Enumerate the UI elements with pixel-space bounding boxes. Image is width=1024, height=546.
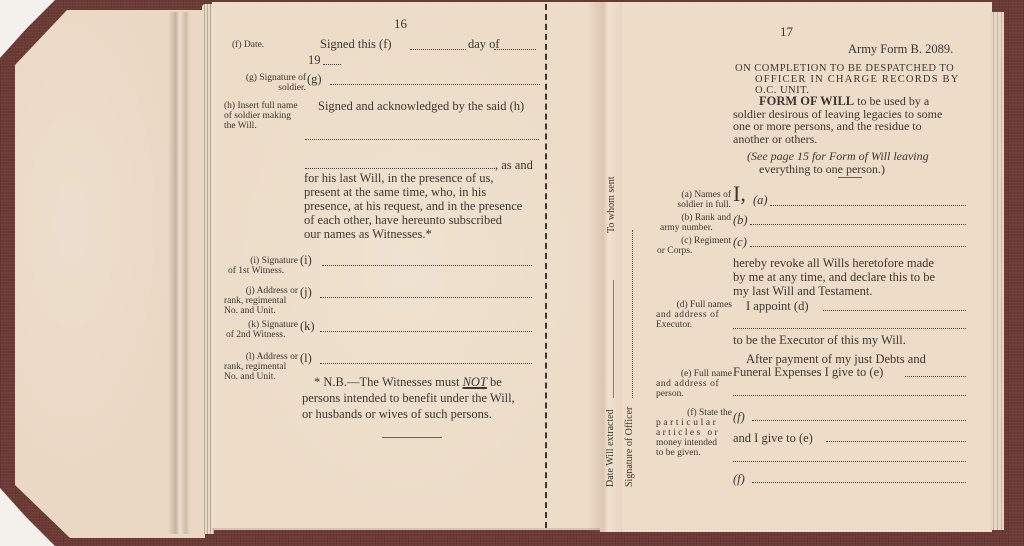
note-line: rank, regimental: [224, 362, 298, 372]
and-i-give-text: and I give to (e): [733, 431, 813, 445]
see-page-note: (See page 15 for Form of Will leaving: [733, 150, 967, 163]
margin-note-i: (i) Signature of 1st Witness.: [228, 256, 298, 276]
note-line: (b) Rank and: [660, 213, 731, 223]
rank-army-number-field[interactable]: [750, 224, 966, 225]
note-line: (f) State the: [656, 408, 732, 418]
margin-note-j: (j) Address or rank, regimental No. and …: [224, 286, 298, 316]
page-stack-edge: [990, 12, 1004, 530]
signed-this-label: Signed this (f): [320, 37, 392, 51]
to-whom-sent-label: To whom sent: [606, 176, 617, 233]
revoke-line: by me at any time, and declare this to b…: [733, 270, 967, 284]
form-number: Army Form B. 2089.: [848, 42, 953, 56]
i-appoint-text: I appoint (d): [746, 299, 808, 313]
despatch-line: OFFICER IN CHARGE RECORDS BY: [735, 74, 967, 85]
despatch-instruction: ON COMPLETION TO BE DESPATCHED TO OFFICE…: [735, 63, 967, 96]
marker-k: (k): [300, 319, 315, 333]
date-will-extracted-label: Date Will extracted: [605, 409, 616, 487]
year-prefix: 19: [308, 53, 321, 67]
marker-c: (c): [733, 235, 747, 249]
nb-line: persons intended to benefit under the Wi…: [302, 391, 542, 405]
intro-line: another or others.: [733, 133, 967, 146]
second-beneficiary-address-field[interactable]: [733, 461, 966, 462]
note-line: money intended: [656, 438, 732, 448]
executor-address-field[interactable]: [733, 328, 966, 329]
marker-a: (a): [753, 193, 768, 207]
witness-2-signature-field[interactable]: [320, 331, 532, 332]
note-line: (i) Signature: [228, 256, 298, 266]
nb-line: or husbands or wives of such persons.: [302, 407, 542, 421]
note-line: (l) Address or: [224, 352, 298, 362]
note-line: (d) Full names: [656, 300, 732, 310]
to-whom-sent-field[interactable]: [613, 280, 614, 398]
margin-note-g: (g) Signature of soldier.: [226, 73, 306, 93]
soldier-name-continued-field[interactable]: [305, 168, 495, 169]
executor-clause: to be the Executor of this my Will.: [733, 333, 906, 347]
as-and-text: , as and: [495, 158, 533, 172]
articles-money-field[interactable]: [752, 420, 966, 421]
witness-1-address-field[interactable]: [320, 297, 532, 298]
attestation-clause: for his last Will, in the presence of us…: [304, 171, 544, 241]
marker-f-2: (f): [733, 472, 745, 486]
marker-j: (j): [300, 285, 312, 299]
note-line: soldier in full.: [657, 200, 731, 210]
month-field[interactable]: [494, 49, 536, 50]
note-line: army number.: [660, 223, 731, 233]
intro-text: to be used by a: [854, 94, 929, 108]
intro-line: one or more persons, and the residue to: [733, 120, 967, 133]
marker-b: (b): [733, 213, 748, 227]
marker-g: (g): [307, 72, 322, 86]
see-page-note: everything to one person.): [733, 163, 967, 176]
margin-note-f: (f) Date.: [232, 40, 264, 50]
marker-f: (f): [733, 410, 745, 424]
note-line: articles or: [656, 428, 732, 438]
note-line: (c) Regiment: [657, 236, 731, 246]
perforation-line: [545, 4, 547, 528]
note-line: person.: [656, 389, 732, 399]
note-line: particular: [656, 418, 732, 428]
margin-note-b: (b) Rank and army number.: [660, 213, 731, 233]
form-of-will-intro: FORM OF WILL to be used by a soldier des…: [733, 95, 967, 175]
note-line: or Corps.: [657, 246, 731, 256]
marker-i: (i): [300, 253, 312, 267]
form-title: FORM OF WILL: [759, 94, 854, 108]
note-line: and address of: [656, 379, 732, 389]
note-line: No. and Unit.: [224, 372, 298, 382]
note-line: and address of: [656, 310, 732, 320]
margin-note-d: (d) Full names and address of Executor.: [656, 300, 732, 330]
attestation-line: of each other, have hereunto subscribed: [304, 213, 544, 227]
note-line: (j) Address or: [224, 286, 298, 296]
after-payment-text: After payment of my just Debts and: [746, 352, 926, 366]
note-line: No. and Unit.: [224, 306, 298, 316]
note-line: rank, regimental: [224, 296, 298, 306]
note-line: Executor.: [656, 320, 732, 330]
margin-note-h: (h) Insert full name of soldier making t…: [224, 101, 304, 131]
note-line: (k) Signature: [226, 320, 298, 330]
soldier-full-name-field[interactable]: [770, 205, 966, 206]
year-field[interactable]: [323, 64, 341, 65]
nb-emphasis: NOT: [463, 375, 487, 389]
attestation-line: for his last Will, in the presence of us…: [304, 171, 544, 185]
flap-crease: [168, 12, 190, 534]
page-16: 16 (f) Date. Signed this (f) day of 19 (…: [212, 2, 600, 530]
note-line: of 2nd Witness.: [226, 330, 298, 340]
margin-note-f: (f) State the particular articles or mon…: [656, 408, 732, 458]
second-beneficiary-field[interactable]: [826, 441, 966, 442]
soldier-signature-field[interactable]: [330, 84, 540, 85]
margin-note-e: (e) Full name and address of person.: [656, 369, 732, 399]
signed-acknowledged-text: Signed and acknowledged by the said (h): [318, 99, 524, 113]
revocation-clause: hereby revoke all Wills heretofore made …: [733, 256, 967, 298]
funeral-expenses-text: Funeral Expenses I give to (e): [733, 365, 883, 379]
page-number: 17: [780, 24, 793, 40]
closing-rule: [382, 437, 442, 438]
nb-line: * N.B.—The Witnesses must NOT be: [302, 375, 542, 389]
marker-l: (l): [300, 351, 312, 365]
revoke-line: hereby revoke all Wills heretofore made: [733, 256, 967, 270]
margin-note-k: (k) Signature of 2nd Witness.: [226, 320, 298, 340]
executor-name-field[interactable]: [823, 310, 966, 311]
regiment-corps-field[interactable]: [750, 246, 966, 247]
intro-heading: FORM OF WILL to be used by a: [733, 95, 967, 108]
attestation-line: presence, at his request, and in the pre…: [304, 199, 544, 213]
witness-1-signature-field[interactable]: [322, 265, 532, 266]
second-articles-field[interactable]: [752, 482, 966, 483]
margin-note-l: (l) Address or rank, regimental No. and …: [224, 352, 298, 382]
note-line: (a) Names of: [657, 190, 731, 200]
note-line: (e) Full name: [656, 369, 732, 379]
soldier-full-name-field[interactable]: [305, 139, 539, 140]
attestation-line: our names as Witnesses.*: [304, 227, 544, 241]
beneficiary-name-field[interactable]: [905, 376, 966, 377]
margin-note-c: (c) Regiment or Corps.: [657, 236, 731, 256]
witness-2-address-field[interactable]: [320, 363, 532, 364]
beneficiary-address-field[interactable]: [733, 395, 966, 396]
big-I: I,: [733, 183, 746, 205]
page-number: 16: [394, 16, 407, 32]
intro-rule: [838, 177, 862, 178]
note-line: to be given.: [656, 448, 732, 458]
revoke-line: my last Will and Testament.: [733, 284, 967, 298]
signature-of-officer-label: Signature of Officer: [624, 407, 635, 487]
margin-note-a: (a) Names of soldier in full.: [657, 190, 731, 210]
note-line: of 1st Witness.: [228, 266, 298, 276]
nb-text: * N.B.—The Witnesses must: [314, 375, 463, 389]
nb-witness-note: * N.B.—The Witnesses must NOT be persons…: [302, 375, 542, 421]
attestation-line: present at the same time, who, in his: [304, 185, 544, 199]
day-field[interactable]: [410, 49, 466, 50]
despatch-line: ON COMPLETION TO BE DESPATCHED TO: [735, 63, 967, 74]
nb-text: be: [487, 375, 502, 389]
stub-field-line[interactable]: [632, 230, 633, 398]
